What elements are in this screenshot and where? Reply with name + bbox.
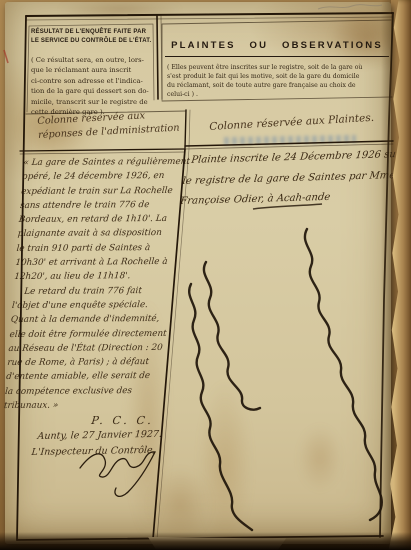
right-header-title: PLAINTES OU OBSERVATIONS — [165, 40, 389, 57]
torn-bottom-edge — [0, 532, 411, 550]
plainte-entry-text: Plainte inscrite le 24 Décembre 1926 sur… — [179, 145, 402, 212]
right-edge-crease — [381, 0, 391, 550]
response-date-line: Aunty, le 27 Janvier 1927. — [37, 429, 162, 442]
signatory-title: L'Inspecteur du Contrôle, — [31, 445, 156, 458]
certification-initials: P. C. C. — [91, 414, 155, 427]
scanned-register-page: RÉSULTAT DE L'ENQUÊTE FAITE PAR LE SERVI… — [0, 0, 411, 550]
left-header-cell: RÉSULTAT DE L'ENQUÊTE FAITE PAR LE SERVI… — [31, 28, 159, 117]
admin-response-text: « La gare de Saintes a régulièrement opé… — [3, 155, 190, 413]
right-header-body: ( Elles peuvent être inscrites sur le re… — [164, 64, 390, 100]
right-header-cell: PLAINTES OU OBSERVATIONS ( Elles peuvent… — [164, 33, 390, 100]
left-header-title: RÉSULTAT DE L'ENQUÊTE FAITE PAR LE SERVI… — [31, 28, 159, 46]
left-header-body: ( Ce résultat sera, en outre, lors- que … — [31, 55, 159, 117]
